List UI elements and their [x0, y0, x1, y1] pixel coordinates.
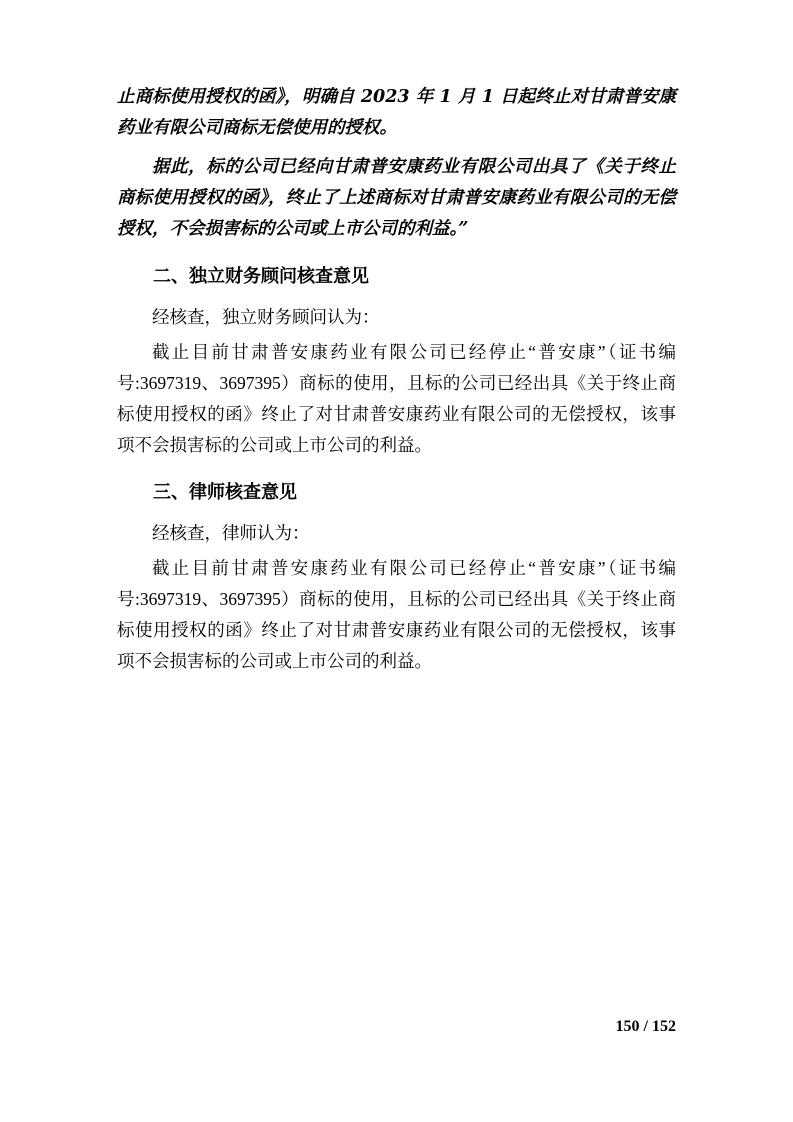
paragraph: 经核查，独立财务顾问认为：	[117, 302, 676, 333]
quote-paragraph-continuation: 止商标使用授权的函》，明确自 2023 年 1 月 1 日起终止对甘肃普安康药业…	[117, 82, 676, 144]
document-page: 止商标使用授权的函》，明确自 2023 年 1 月 1 日起终止对甘肃普安康药业…	[0, 0, 793, 1122]
quoted-statement-block: 止商标使用授权的函》，明确自 2023 年 1 月 1 日起终止对甘肃普安康药业…	[117, 82, 676, 245]
paragraph: 截止目前甘肃普安康药业有限公司已经停止“普安康”（证书编号:3697319、36…	[117, 337, 676, 461]
section-heading: 三、律师核查意见	[117, 477, 676, 508]
section-heading: 二、独立财务顾问核查意见	[117, 261, 676, 292]
section-financial-advisor-opinion: 二、独立财务顾问核查意见 经核查，独立财务顾问认为： 截止目前甘肃普安康药业有限…	[117, 261, 676, 461]
quote-paragraph: 据此，标的公司已经向甘肃普安康药业有限公司出具了《关于终止商标使用授权的函》，终…	[117, 152, 676, 245]
paragraph: 截止目前甘肃普安康药业有限公司已经停止“普安康”（证书编号:3697319、36…	[117, 553, 676, 677]
document-body: 止商标使用授权的函》，明确自 2023 年 1 月 1 日起终止对甘肃普安康药业…	[117, 82, 676, 681]
paragraph: 经核查，律师认为：	[117, 518, 676, 549]
section-lawyer-opinion: 三、律师核查意见 经核查，律师认为： 截止目前甘肃普安康药业有限公司已经停止“普…	[117, 477, 676, 677]
page-number: 150 / 152	[616, 1016, 676, 1038]
